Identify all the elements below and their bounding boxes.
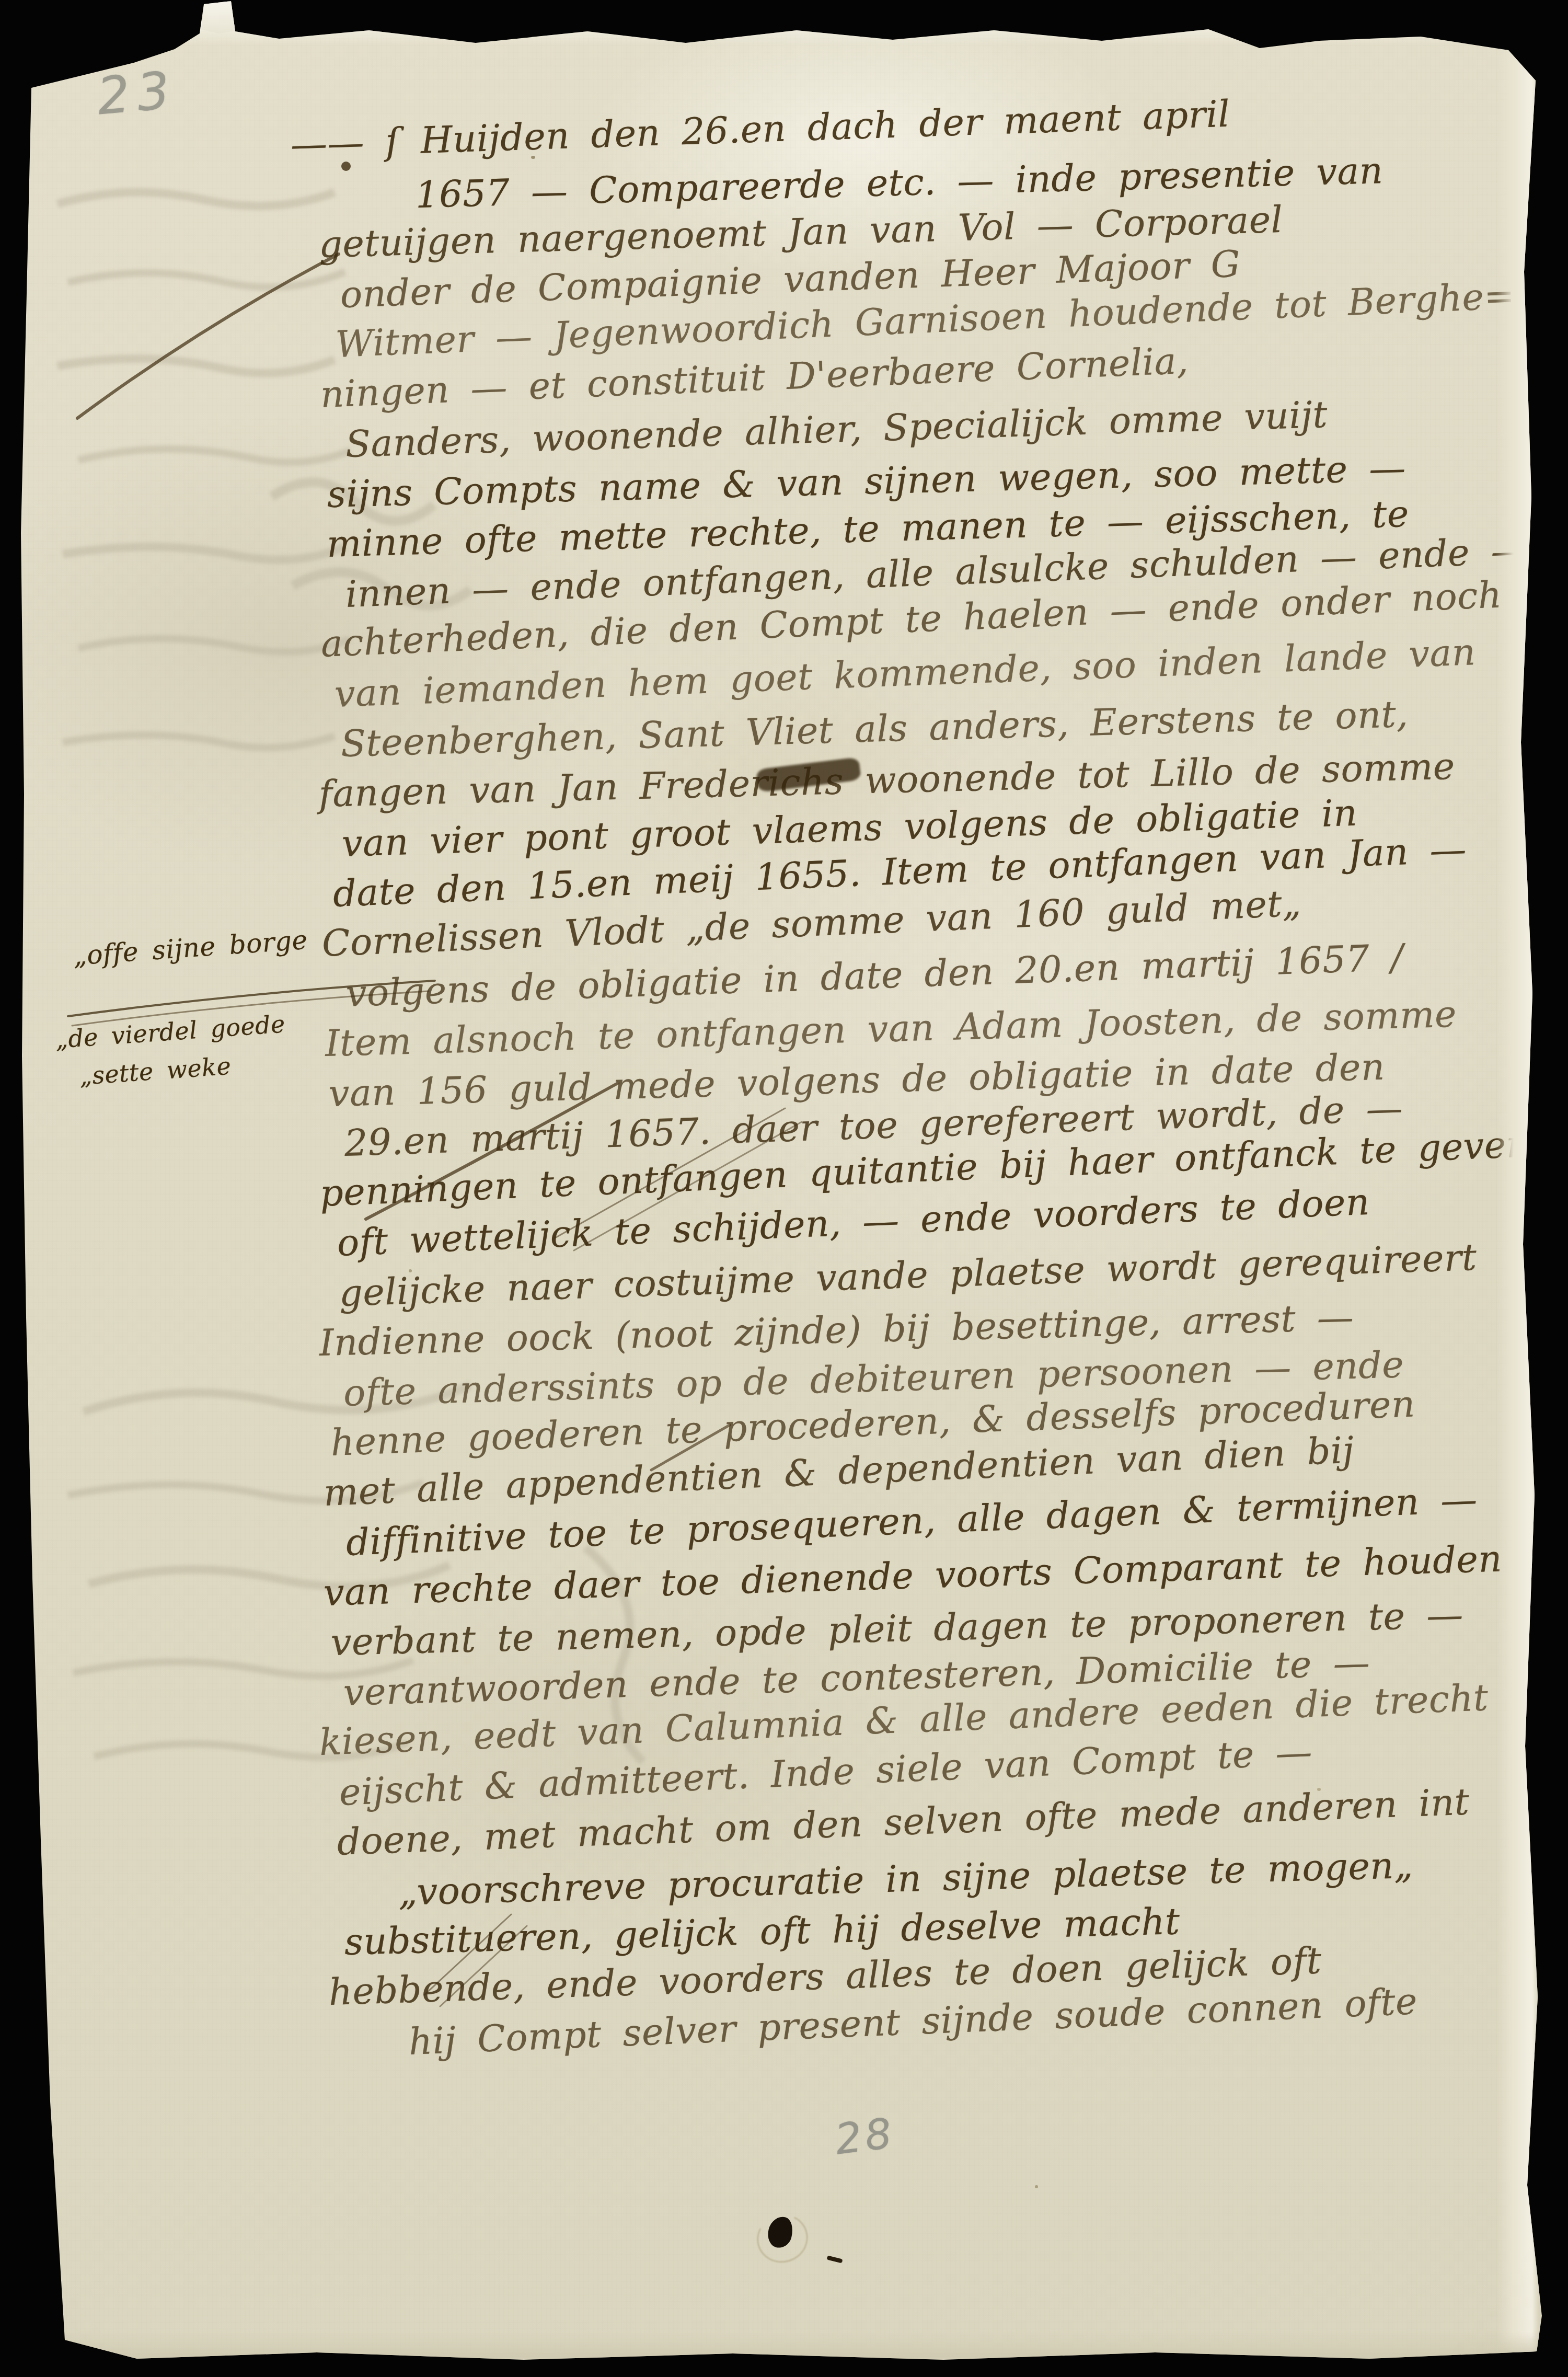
manuscript-page: 23 28 —— ſ Huijden den 26.en dach der ma… — [0, 0, 1568, 2377]
scan-vignette — [0, 0, 1568, 2377]
scan-background: { "document": { "folio_number_pencil_top… — [0, 0, 1568, 2377]
